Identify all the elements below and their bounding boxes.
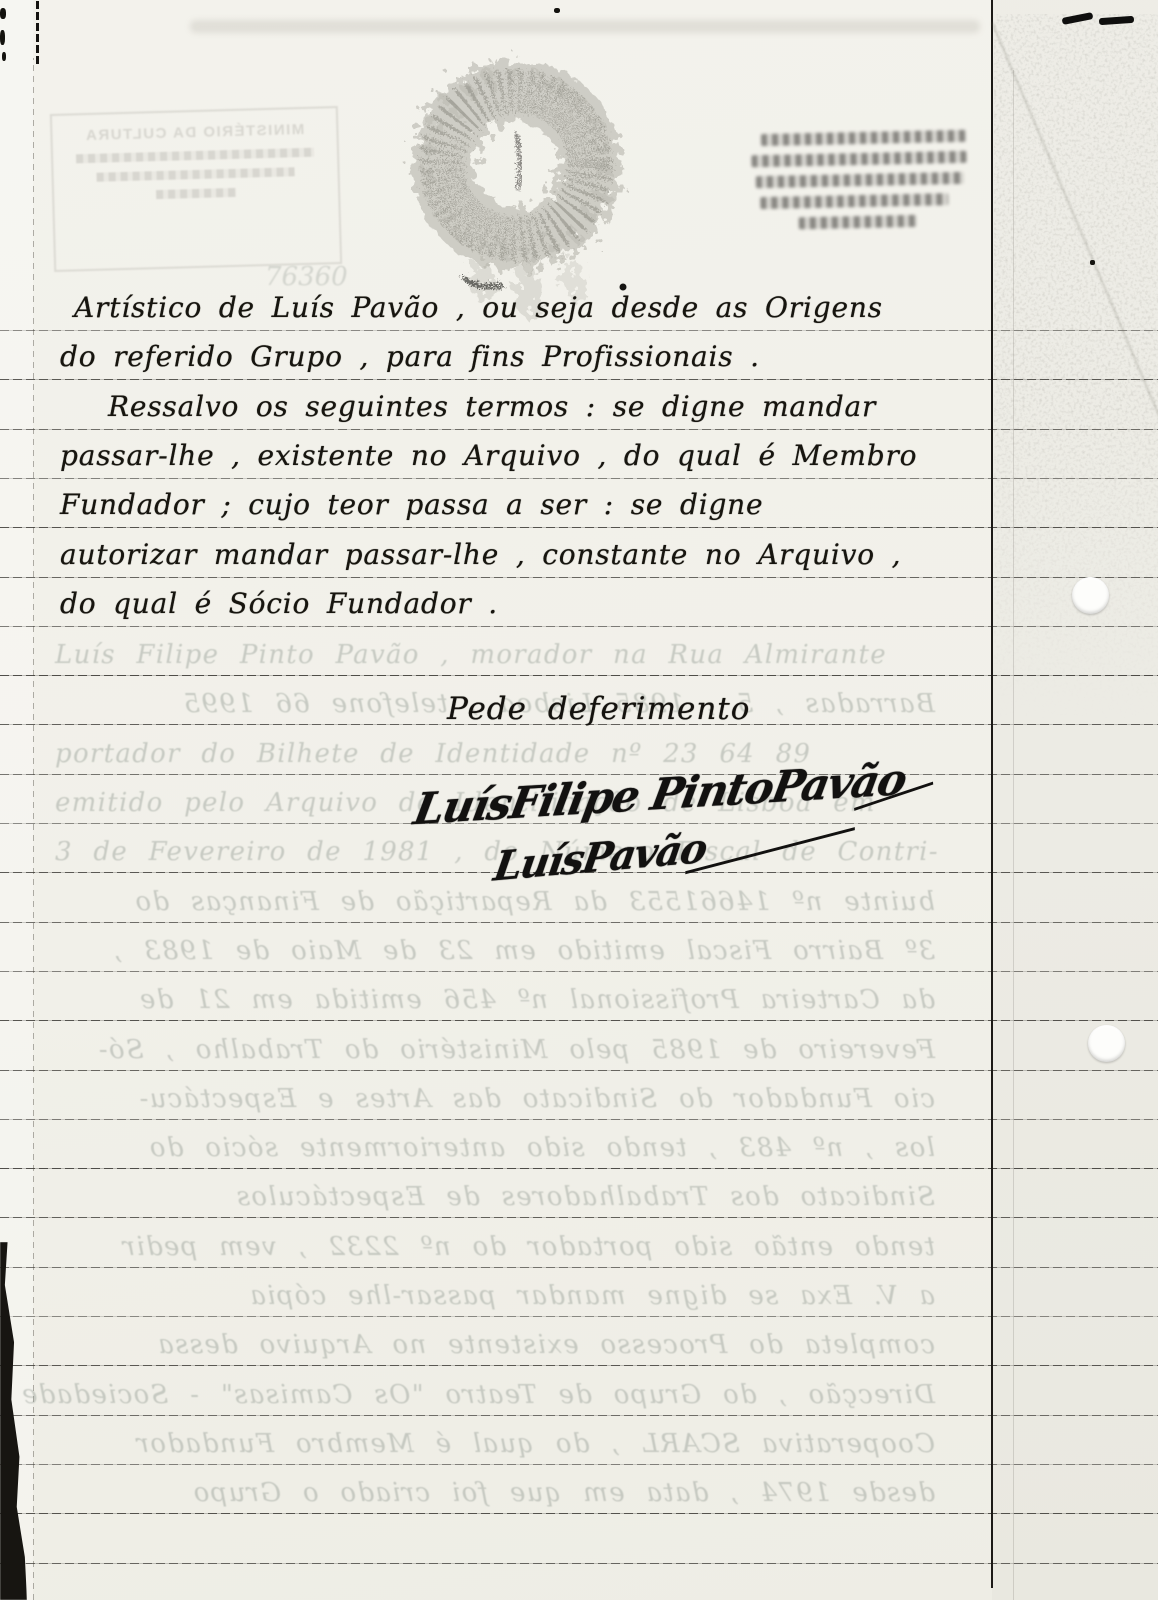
hole-punch bbox=[1088, 1025, 1125, 1062]
scan-speck bbox=[1090, 260, 1095, 265]
ghost-text-line: Luís Filipe Pinto Pavão , morador na Rua… bbox=[55, 633, 887, 677]
left-margin-line bbox=[33, 58, 34, 1600]
scan-speck bbox=[2, 52, 6, 61]
scan-speck bbox=[0, 8, 6, 19]
ghost-text-line: desde 1974 , data em que foi criado o Gr… bbox=[192, 1471, 935, 1515]
right-margin-line bbox=[991, 0, 993, 1588]
ghost-text-line: completa do Processo existente no Arquiv… bbox=[157, 1323, 935, 1367]
ministry-stamp-illegible-line bbox=[76, 148, 314, 164]
scan-noise-band bbox=[994, 14, 1158, 723]
ink-stamp-line bbox=[799, 215, 917, 229]
ink-stamp-line bbox=[751, 151, 966, 167]
scanned-document-page: MINISTÉRIO DA CULTURA bbox=[0, 0, 1158, 1600]
scan-speck bbox=[554, 8, 560, 13]
ghost-text-line: 3º Bairro Fiscal emitido em 23 de Maio d… bbox=[113, 929, 935, 973]
handwritten-line: do referido Grupo , para fins Profission… bbox=[60, 334, 760, 380]
ministry-stamp-illegible-line bbox=[156, 188, 236, 199]
ink-stamp-line bbox=[756, 172, 964, 188]
ministry-stamp-illegible-line bbox=[97, 167, 295, 182]
ghost-text-line: tendo então sido portador do nº 2232 , v… bbox=[121, 1225, 935, 1269]
ghost-text-line: a V. Exa se digne mandar passar-lhe cópi… bbox=[249, 1274, 935, 1318]
ghost-text-line: los , nº 483 , tendo sido anteriormente … bbox=[149, 1126, 935, 1170]
handwritten-line: do qual é Sócio Fundador . bbox=[60, 581, 498, 627]
ghost-text-line: Fevereiro de 1985 pelo Ministério do Tra… bbox=[98, 1028, 935, 1072]
ministry-stamp-text: MINISTÉRIO DA CULTURA bbox=[52, 120, 336, 145]
ruled-line bbox=[0, 1563, 1158, 1564]
handwritten-line: Ressalvo os seguintes termos : se digne … bbox=[60, 384, 876, 430]
round-seal bbox=[388, 30, 668, 325]
ink-stamp-line bbox=[761, 130, 966, 146]
ghost-text-line: Sindicato dos Trabalhadores de Espectácu… bbox=[235, 1175, 935, 1219]
left-edge-dark-line bbox=[36, 0, 39, 64]
closing-formula: Pede deferimento bbox=[447, 686, 750, 732]
ghost-text-line: Direcção , do Grupo de Teatro "Os Camisa… bbox=[21, 1373, 935, 1417]
ghost-text-line: Cooperativa SCARL , do qual é Membro Fun… bbox=[135, 1422, 935, 1466]
scan-speck bbox=[0, 30, 5, 45]
ink-stamp-line bbox=[760, 193, 948, 209]
ink-stamp bbox=[751, 130, 971, 240]
handwritten-line: Artístico de Luís Pavão , ou seja desde … bbox=[60, 285, 883, 331]
ghost-text-line: da Carteira Profissional nº 456 emitida … bbox=[139, 978, 935, 1022]
handwritten-line: autorizar mandar passar-lhe , constante … bbox=[60, 532, 901, 578]
ministry-stamp: MINISTÉRIO DA CULTURA bbox=[50, 106, 342, 272]
handwritten-line: passar-lhe , existente no Arquivo , do q… bbox=[60, 433, 917, 479]
handwritten-line: Fundador ; cujo teor passa a ser : se di… bbox=[60, 482, 763, 528]
hole-punch bbox=[1072, 577, 1109, 614]
ghost-text-line: cio Fundador do Sindicato das Artes e Es… bbox=[138, 1077, 935, 1121]
